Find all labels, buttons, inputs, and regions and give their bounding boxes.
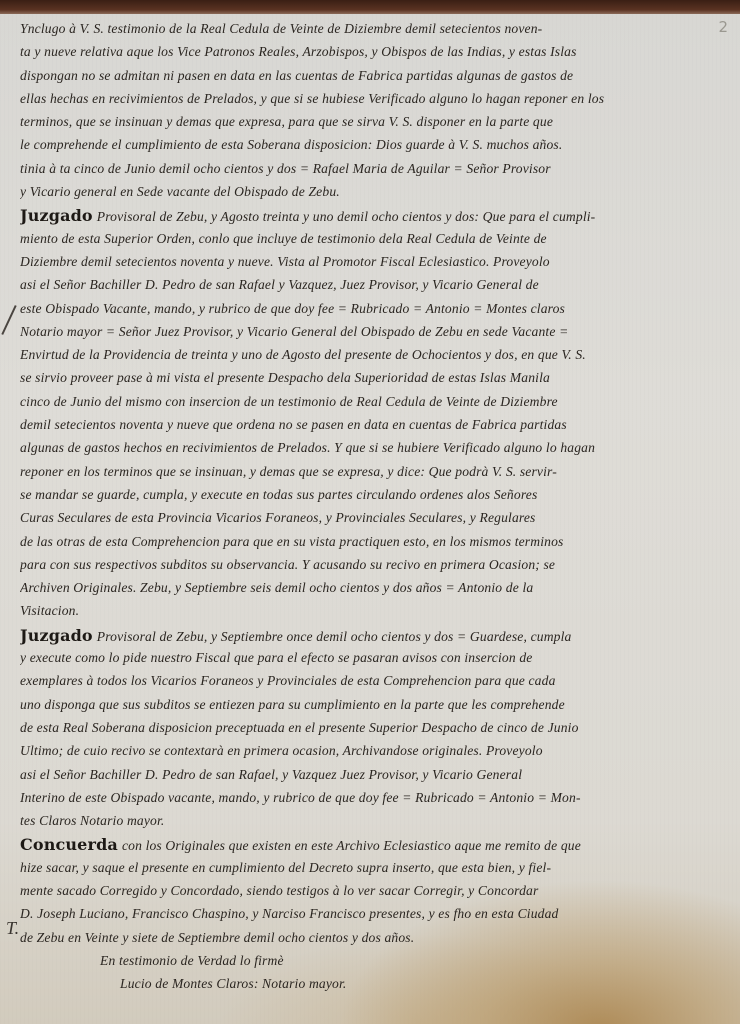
text-line: Diziembre demil setecientos noventa y nu… — [20, 255, 725, 278]
text-line: de las otras de esta Comprehencion para … — [20, 535, 725, 558]
text-line: dispongan no se admitan ni pasen en data… — [20, 69, 725, 92]
section-heading: Concuerda — [20, 837, 118, 854]
text-line: Envirtud de la Providencia de treinta y … — [20, 348, 725, 371]
line-text: Provisoral de Zebu, y Septiembre once de… — [97, 629, 572, 644]
line-text: con los Originales que existen en este A… — [122, 838, 581, 853]
text-line: tinia à ta cinco de Junio demil ocho cie… — [20, 162, 725, 185]
text-line: y Vicario general en Sede vacante del Ob… — [20, 185, 725, 208]
section-heading: Juzgado — [20, 628, 93, 645]
text-line: para con sus respectivos subditos su obs… — [20, 558, 725, 581]
text-line: Notario mayor = Señor Juez Provisor, y V… — [20, 325, 725, 348]
text-line: demil setecientos noventa y nueve que or… — [20, 418, 725, 441]
text-line: hize sacar, y saque el presente en cumpl… — [20, 861, 725, 884]
text-line: JuzgadoProvisoral de Zebu, y Septiembre … — [20, 628, 725, 651]
text-line: Visitacion. — [20, 604, 725, 627]
text-line: tes Claros Notario mayor. — [20, 814, 725, 837]
margin-mark: T. — [6, 918, 19, 939]
text-line: cinco de Junio del mismo con insercion d… — [20, 395, 725, 418]
manuscript-page: 2 T. Ynclugo à V. S. testimonio de la Re… — [0, 0, 740, 1024]
section-heading: Juzgado — [20, 208, 93, 225]
text-line: Curas Seculares de esta Provincia Vicari… — [20, 511, 725, 534]
text-line: JuzgadoProvisoral de Zebu, y Agosto trei… — [20, 208, 725, 231]
text-line: uno disponga que sus subditos se entieze… — [20, 698, 725, 721]
closing-block: En testimonio de Verdad lo firmè Lucio d… — [20, 954, 725, 1001]
text-line: se sirvio proveer pase à mi vista el pre… — [20, 371, 725, 394]
text-line: asi el Señor Bachiller D. Pedro de san R… — [20, 768, 725, 791]
paragraph-cover-letter: Ynclugo à V. S. testimonio de la Real Ce… — [20, 22, 725, 208]
text-line: Ultimo; de cuio recivo se contextarà en … — [20, 744, 725, 767]
paragraph-juzgado-agosto: JuzgadoProvisoral de Zebu, y Agosto trei… — [20, 208, 725, 627]
text-line: este Obispado Vacante, mando, y rubrico … — [20, 302, 725, 325]
text-line: exemplares à todos los Vicarios Foraneos… — [20, 674, 725, 697]
text-line: ellas hechas en recivimientos de Prelado… — [20, 92, 725, 115]
attestation-line: En testimonio de Verdad lo firmè — [20, 954, 725, 977]
text-line: algunas de gastos hechos en recivimiento… — [20, 441, 725, 464]
text-line: le comprehende el cumplimiento de esta S… — [20, 138, 725, 161]
text-line: Interino de este Obispado vacante, mando… — [20, 791, 725, 814]
text-line: y execute como lo pide nuestro Fiscal qu… — [20, 651, 725, 674]
paragraph-juzgado-septiembre: JuzgadoProvisoral de Zebu, y Septiembre … — [20, 628, 725, 838]
text-line: Concuerdacon los Originales que existen … — [20, 837, 725, 860]
text-line: reponer en los terminos que se insinuan,… — [20, 465, 725, 488]
text-line: miento de esta Superior Orden, conlo que… — [20, 232, 725, 255]
paragraph-concuerda: Concuerdacon los Originales que existen … — [20, 837, 725, 953]
text-line: mente sacado Corregido y Concordado, sie… — [20, 884, 725, 907]
text-line: ta y nueve relativa aque los Vice Patron… — [20, 45, 725, 68]
line-text: Provisoral de Zebu, y Agosto treinta y u… — [97, 209, 596, 224]
text-line: terminos, que se insinuan y demas que ex… — [20, 115, 725, 138]
text-line: asi el Señor Bachiller D. Pedro de san R… — [20, 278, 725, 301]
text-line: D. Joseph Luciano, Francisco Chaspino, y… — [20, 907, 725, 930]
text-line: Ynclugo à V. S. testimonio de la Real Ce… — [20, 22, 725, 45]
text-line: de Zebu en Veinte y siete de Septiembre … — [20, 931, 725, 954]
text-line: de esta Real Soberana disposicion precep… — [20, 721, 725, 744]
text-line: se mandar se guarde, cumpla, y execute e… — [20, 488, 725, 511]
notary-signature: Lucio de Montes Claros: Notario mayor. — [20, 977, 725, 1000]
manuscript-text: Ynclugo à V. S. testimonio de la Real Ce… — [20, 22, 725, 1000]
text-line: Archiven Originales. Zebu, y Septiembre … — [20, 581, 725, 604]
margin-stroke — [1, 305, 16, 335]
binding-edge — [0, 0, 740, 14]
